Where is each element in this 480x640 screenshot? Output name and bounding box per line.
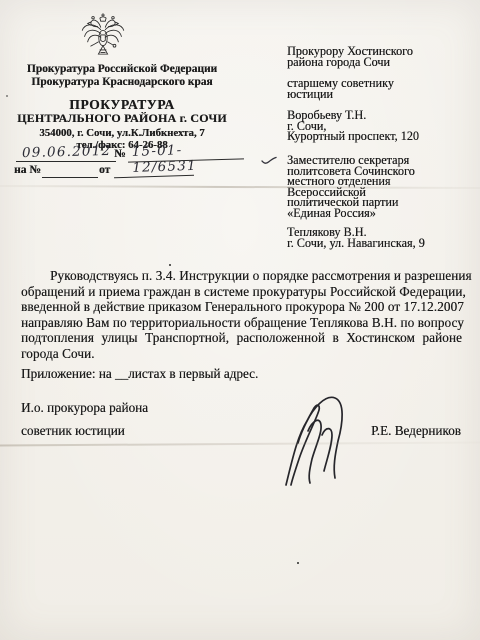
body-line: направляю Вам по территориальности обращ…: [21, 315, 462, 331]
reference-row: 09.06.2012 № 15-01-12/6531: [14, 144, 246, 164]
paper-crease-bottom: [0, 442, 480, 447]
recipient-vorobyev: Воробьеву Т.Н. г. Сочи, Курортный проспе…: [287, 110, 472, 142]
handwritten-signature: [278, 379, 362, 487]
body-paragraph: Руководствуясь п. 3.4. Инструкции о поря…: [21, 268, 462, 361]
recipient-party-secretary: Заместителю секретаря политсовета Сочинс…: [287, 155, 472, 219]
body-line: Руководствуясь п. 3.4. Инструкции о поря…: [21, 268, 462, 284]
coat-of-arms-double-headed-eagle-icon: [80, 12, 126, 61]
recipient-prosecutor: Прокурору Хостинского района города Сочи: [287, 46, 472, 67]
body-line: подтопления улицы Транспортной, располож…: [21, 330, 462, 346]
office-subtitle: ЦЕНТРАЛЬНОГО РАЙОНА г. СОЧИ: [6, 112, 238, 125]
recipient-rank: старшему советнику юстиции: [287, 78, 472, 99]
ot-blank-line: [114, 174, 194, 179]
number-sign: №: [114, 148, 126, 160]
org-name-krai: Прокуратура Краснодарского края: [6, 76, 238, 89]
body-line: обращений и приема граждан в системе про…: [21, 284, 462, 300]
office-address: 354000, г. Сочи, ул.К.Либкнехта, 7: [6, 127, 238, 139]
na-blank-line: [42, 176, 98, 178]
na-number-label: на №: [14, 164, 41, 176]
scan-speck: [297, 562, 299, 564]
handwritten-checkmark: [261, 156, 277, 166]
office-title: ПРОКУРАТУРА: [6, 98, 238, 112]
body-line: города Сочи.: [21, 346, 462, 362]
signer-position-line1: И.о. прокурора района: [21, 400, 148, 416]
incoming-reference-row: на № от: [14, 164, 234, 180]
org-name-federation: Прокуратура Российской Федерации: [6, 63, 238, 76]
ot-label: от: [99, 164, 110, 176]
attachment-note: Приложение: на __листах в первый адрес.: [21, 366, 258, 382]
recipient-teplyakov: Теплякову В.Н. г. Сочи, ул. Навагинская,…: [287, 227, 472, 248]
signer-name: Р.Е. Ведерников: [371, 423, 461, 439]
scanned-letter-page: Прокуратура Российской Федерации Прокура…: [0, 0, 480, 640]
date-underline: [16, 160, 116, 162]
scan-speck: [6, 95, 8, 97]
handwritten-date: 09.06.2012: [22, 143, 112, 161]
scan-speck: [169, 264, 171, 266]
body-line: введенной в действие приказом Генерально…: [21, 299, 462, 315]
signer-position-line2: советник юстиции: [21, 423, 125, 439]
letterhead: Прокуратура Российской Федерации Прокура…: [6, 63, 238, 151]
